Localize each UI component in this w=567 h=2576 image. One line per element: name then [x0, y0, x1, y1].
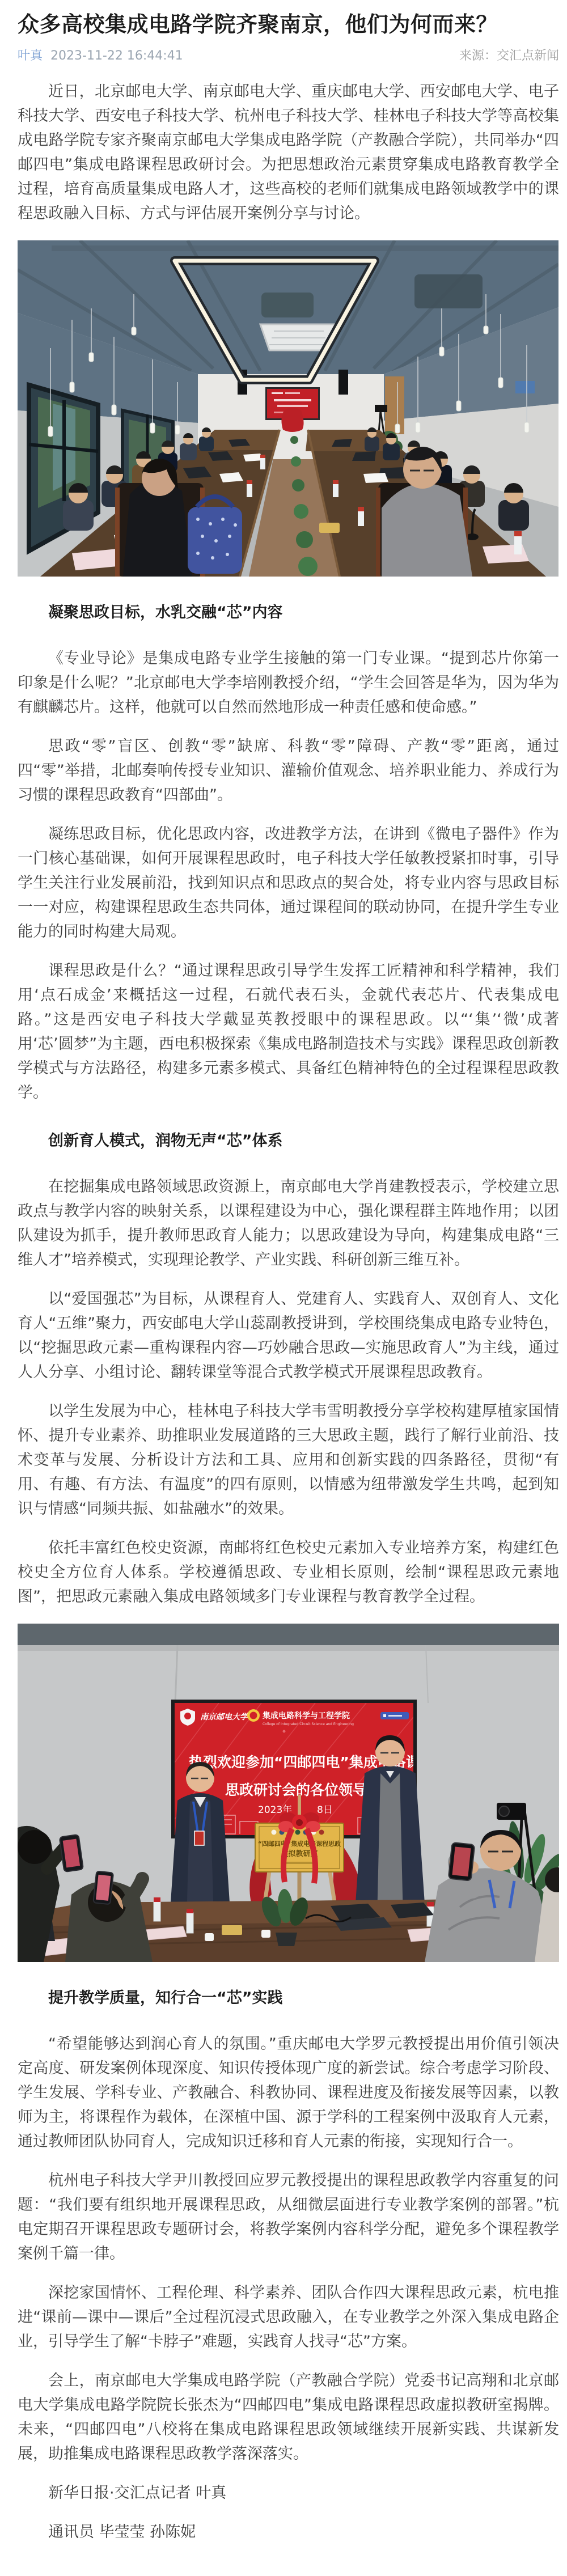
- ac-unit: [261, 293, 314, 317]
- paragraph: 会上，南京邮电大学集成电路学院（产教融合学院）党委书记高翔和北京邮电大学集成电路…: [18, 2369, 559, 2466]
- plaque-line1: “四邮四电”集成电路课程思政: [258, 1840, 341, 1848]
- covered-plaque: [281, 408, 303, 432]
- wall-sign: [515, 381, 535, 393]
- paragraph: 在挖掘集成电路领域思政资源上，南京邮电大学肖建教授表示，学校建立思政点与教学内容…: [18, 1175, 559, 1272]
- paragraph: 杭州电子科技大学尹川教授回应罗元教授提出的课程思政教学内容重复的问题：“我们要有…: [18, 2168, 559, 2266]
- paragraph: 《专业导论》是集成电路专业学生接触的第一门专业课。“提到芯片你第一印象是什么呢？…: [18, 646, 559, 719]
- blue-bag: [188, 497, 242, 574]
- publish-datetime: 2023-11-22 16:44:41: [50, 48, 183, 65]
- source-label: 来源：交汇点新闻: [459, 48, 559, 65]
- screen-date-right: 8日: [317, 1804, 333, 1816]
- article-content: 众多高校集成电路学院齐聚南京，他们为何而来？ 叶真 2023-11-22 16:…: [0, 0, 567, 2576]
- author-link[interactable]: 叶真: [18, 48, 43, 65]
- screen-logo2-sub: College of Integrated Circuit Science an…: [263, 1722, 354, 1726]
- paragraph: “希望能够达到润心育人的氛围。”重庆邮电大学罗元教授提出用价值引领决定高度、研发…: [18, 2032, 559, 2154]
- speaker-right: [338, 370, 348, 395]
- paragraph-intro: 近日，北京邮电大学、南京邮电大学、重庆邮电大学、西安邮电大学、电子科技大学、西安…: [18, 79, 559, 226]
- page-title: 众多高校集成电路学院齐聚南京，他们为何而来？: [18, 10, 559, 39]
- paragraph: 依托丰富红色校史资源，南邮将红色校史元素加入专业培养方案，构建红色校史全方位育人…: [18, 1536, 559, 1609]
- paragraph: 凝练思政目标，优化思政内容，改进教学方法，在讲到《微电子器件》作为一门核心基础课…: [18, 822, 559, 944]
- paragraph: 深挖家国情怀、工程伦理、科学素养、团队合作四大课程思政元素，杭电推进“课前—课中…: [18, 2281, 559, 2354]
- reporter-byline: 新华日报·交汇点记者 叶真: [18, 2481, 559, 2505]
- section-heading-3: 提升教学质量，知行合一“芯”实践: [18, 1986, 559, 2010]
- paragraph: 课程思政是什么？“通过课程思政引导学生发挥工匠精神和科学精神，我们用‘点石成金’…: [18, 959, 559, 1105]
- door: [385, 376, 404, 434]
- photo-plaque-unveiling: 南京邮电大学 集成电路科学与工程学院 College of Integrated…: [18, 1624, 558, 1962]
- plaque-unveiling-illustration: 南京邮电大学 集成电路科学与工程学院 College of Integrated…: [18, 1624, 559, 1962]
- correspondent-byline: 通讯员 毕莹莹 孙陈妮: [18, 2520, 559, 2544]
- article-meta: 叶真 2023-11-22 16:44:41 来源：交汇点新闻: [18, 48, 559, 65]
- screen-logo2-text: 集成电路科学与工程学院: [263, 1711, 350, 1721]
- paragraph: 以“爱国强芯”为目标，从课程育人、党建育人、实践育人、双创育人、文化育人“五维”…: [18, 1287, 559, 1384]
- article-page: 众多高校集成电路学院齐聚南京，他们为何而来？ 叶真 2023-11-22 16:…: [0, 0, 567, 2576]
- photo-conference-room: [18, 240, 558, 577]
- paragraph: 以学生发展为中心，桂林电子科技大学韦雪明教授分享学校构建厚植家国情怀、提升专业素…: [18, 1399, 559, 1521]
- screen-logo1-text: 南京邮电大学: [200, 1712, 249, 1722]
- wall-top-band: [18, 1624, 559, 1645]
- paragraph: 思政“零”盲区、创教“零”缺席、科教“零”障碍、产教“零”距离，通过四“零”举措…: [18, 734, 559, 807]
- conference-room-illustration: [18, 240, 558, 577]
- byline-left: 叶真 2023-11-22 16:44:41: [18, 48, 183, 65]
- section-heading-2: 创新育人模式，润物无声“芯”体系: [18, 1129, 559, 1153]
- section-heading-1: 凝聚思政目标，水乳交融“芯”内容: [18, 600, 559, 625]
- gold-plaque: “四邮四电”集成电路课程思政 虚拟教研室: [255, 1823, 344, 1872]
